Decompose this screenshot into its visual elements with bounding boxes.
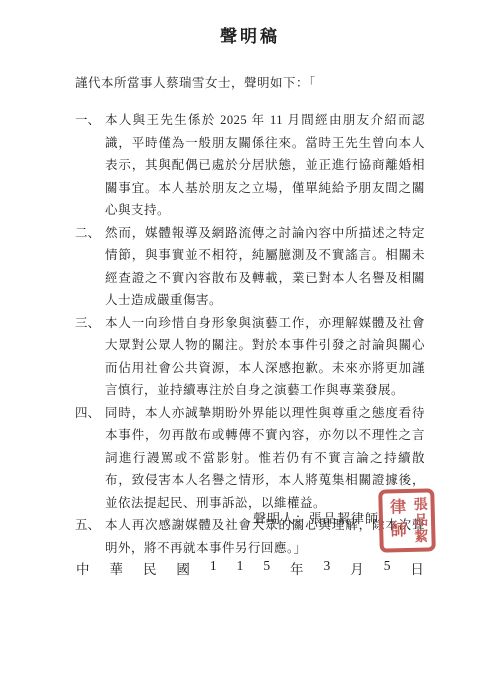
roc-date-line: 中 華 民 國 1 1 5 年 3 月 5 日 <box>76 558 424 578</box>
date-char: 國 <box>176 558 190 578</box>
statement-document-page: 聲明稿 謹代本所當事人蔡瑞雪女士，聲明如下：「 一、 本人與王先生係於 2025… <box>0 0 500 673</box>
date-char: 3 <box>324 558 331 578</box>
date-char: 1 <box>237 558 244 578</box>
statement-number: 四、 <box>75 402 105 515</box>
statement-text: 本人與王先生係於 2025 年 11 月間經由朋友介紹而認識，平時僅為一般朋友關… <box>105 109 425 222</box>
date-char: 1 <box>210 558 217 578</box>
date-char: 月 <box>350 558 364 578</box>
lawyer-seal-stamp: 張品絜 律師 <box>378 488 436 552</box>
statement-list: 一、 本人與王先生係於 2025 年 11 月間經由朋友介紹而認識，平時僅為一般… <box>75 109 425 559</box>
date-char: 日 <box>410 558 424 578</box>
statement-number: 五、 <box>75 514 105 559</box>
statement-text: 然而，媒體報導及網路流傳之討論內容中所描述之特定情節，與事實並不相符，純屬臆測及… <box>105 222 425 312</box>
statement-item-1: 一、 本人與王先生係於 2025 年 11 月間經由朋友介紹而認識，平時僅為一般… <box>75 109 425 222</box>
seal-title-column: 律師 <box>387 498 404 544</box>
statement-text: 本人一向珍惜自身形象與演藝工作，亦理解媒體及社會大眾對公眾人物的關注。對於本事件… <box>105 312 425 402</box>
statement-item-4: 四、 同時，本人亦誠摯期盼外界能以理性與尊重之態度看待本事件，勿再散布或轉傳不實… <box>75 402 425 515</box>
statement-item-3: 三、 本人一向珍惜自身形象與演藝工作，亦理解媒體及社會大眾對公眾人物的關注。對於… <box>75 312 425 402</box>
date-char: 5 <box>384 558 391 578</box>
declarant-signature: 聲明人：張品絜律師 <box>253 508 379 527</box>
date-char: 華 <box>109 558 123 578</box>
date-char: 中 <box>76 558 90 578</box>
statement-number: 二、 <box>75 222 105 312</box>
statement-number: 三、 <box>75 312 105 402</box>
statement-text: 同時，本人亦誠摯期盼外界能以理性與尊重之態度看待本事件，勿再散布或轉傳不實內容，… <box>105 402 425 515</box>
seal-name-column: 張品絜 <box>411 496 426 544</box>
document-title: 聲明稿 <box>0 0 500 47</box>
statement-item-2: 二、 然而，媒體報導及網路流傳之討論內容中所描述之特定情節，與事實並不相符，純屬… <box>75 222 425 312</box>
date-char: 5 <box>263 558 270 578</box>
intro-line: 謹代本所當事人蔡瑞雪女士，聲明如下：「 <box>75 73 425 93</box>
date-char: 民 <box>143 558 157 578</box>
statement-number: 一、 <box>75 109 105 222</box>
date-char: 年 <box>290 558 304 578</box>
